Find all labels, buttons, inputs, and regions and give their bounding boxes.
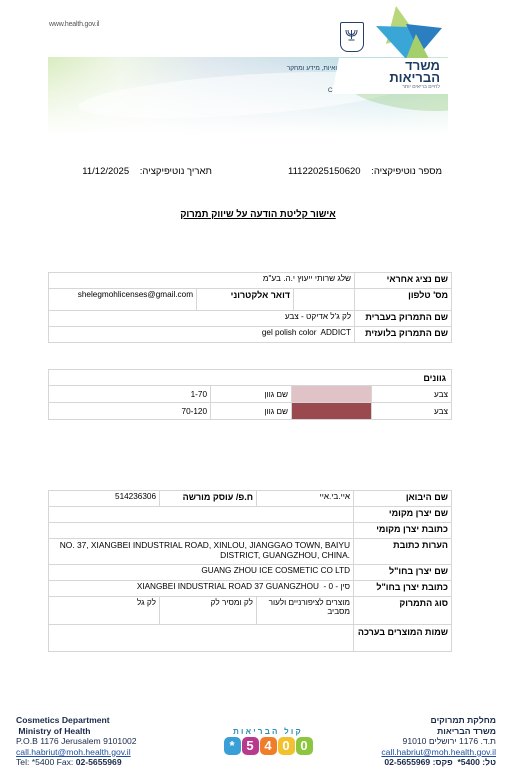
local-mfr-label: שם יצרן מקומי: [354, 507, 452, 523]
local-mfr-addr-value: [49, 523, 354, 539]
address-notes-label: הערות כתובת: [354, 539, 452, 565]
foreign-mfr-addr-value: סין - 0 - XIANGBEI INDUSTRIAL ROAD 37 GU…: [49, 581, 354, 597]
rep-label: שם נציג אחראי: [355, 273, 452, 289]
shade-name-label: שם גוון: [211, 386, 292, 403]
table-row: סוג התמרוק מוצרים לציפורניים ולעור מסביב…: [49, 597, 452, 625]
table-row: כתובת יצרן מקומי: [49, 523, 452, 539]
hotline-digit: 4: [260, 737, 277, 755]
name-he-value: לק ג'ל אדיקט - צבע: [49, 311, 355, 327]
shade-swatch: [292, 403, 372, 420]
shade-type: צבע: [372, 386, 452, 403]
shade-type: צבע: [372, 403, 452, 420]
table-row: שם התמרוק בעברית לק ג'ל אדיקט - צבע: [49, 311, 452, 327]
license-label: ח.פ/ עוסק מורשה: [160, 491, 257, 507]
table-row: שם יצרן מקומי: [49, 507, 452, 523]
state-emblem-icon: [340, 22, 364, 52]
document-title: אישור קליטת הודעה על שיווק תמרוק: [0, 209, 516, 220]
importer-details-table: שם היבואן איי.בי.איי ח.פ/ עוסק מורשה 514…: [48, 490, 452, 652]
phone-value: [294, 289, 355, 311]
shades-table: גוונים צבע שם גוון 1-70 צבע שם גוון 70-1…: [48, 369, 452, 420]
table-row: שמות המוצרים בערכה: [49, 625, 452, 652]
name-foreign-value: gel polish color ADDICT: [49, 327, 355, 343]
address-notes-value: NO. 37, XIANGBEI INDUSTRIAL ROAD, XINLOU…: [49, 539, 354, 565]
notification-date-label: תאריך נוטיפיקציה:: [140, 166, 212, 177]
table-row: הערות כתובת NO. 37, XIANGBEI INDUSTRIAL …: [49, 539, 452, 565]
notification-date: תאריך נוטיפיקציה: 11/12/2025: [82, 166, 212, 177]
shade-name-value: 70-120: [49, 403, 211, 420]
shade-name-label: שם גוון: [211, 403, 292, 420]
ministry-logo-text: משרד הבריאות לחיים בריאים יותר: [389, 60, 440, 91]
local-mfr-addr-label: כתובת יצרן מקומי: [354, 523, 452, 539]
notification-number-value: 11122025150620: [288, 166, 361, 177]
rep-value: שלג שרותי ייעוץ י.ה. בע"מ: [49, 273, 355, 289]
notification-date-value: 11/12/2025: [82, 166, 129, 177]
hotline-digit: 0: [278, 737, 295, 755]
type-value: מוצרים לציפורניים ולעור מסביב: [257, 597, 354, 625]
table-row: שם התמרוק בלועזית gel polish color ADDIC…: [49, 327, 452, 343]
table-row: שם יצרן בחו"ל GUANG ZHOU ICE COSMETIC CO…: [49, 565, 452, 581]
footer-email-link-he[interactable]: call.habriut@moh.health.gov.il: [381, 747, 496, 757]
hotline-digit: 0: [296, 737, 313, 755]
foreign-mfr-value: GUANG ZHOU ICE COSMETIC CO LTD: [49, 565, 354, 581]
site-url[interactable]: www.health.gov.il: [49, 21, 99, 28]
footer-contact-en: Cosmetics Department Ministry of Health …: [16, 715, 137, 768]
table-row: גוונים: [49, 370, 452, 386]
shade-name-value: 1-70: [49, 386, 211, 403]
table-row: שם נציג אחראי שלג שרותי ייעוץ י.ה. בע"מ: [49, 273, 452, 289]
type-value: לק גל: [49, 597, 160, 625]
type-value: לק ומסיר לק: [160, 597, 257, 625]
importer-value: איי.בי.איי: [257, 491, 354, 507]
menorah-icon: [345, 28, 358, 42]
table-row: צבע שם גוון 70-120: [49, 403, 452, 420]
email-label: דואר אלקטרוני: [197, 289, 294, 311]
table-row: כתובת יצרן בחו"ל סין - 0 - XIANGBEI INDU…: [49, 581, 452, 597]
hotline-caption: קול הבריאות: [218, 727, 318, 736]
importer-label: שם היבואן: [354, 491, 452, 507]
foreign-mfr-addr-label: כתובת יצרן בחו"ל: [354, 581, 452, 597]
product-details-table: שם נציג אחראי שלג שרותי ייעוץ י.ה. בע"מ …: [48, 272, 452, 343]
shades-header: גוונים: [49, 370, 452, 386]
table-row: שם היבואן איי.בי.איי ח.פ/ עוסק מורשה 514…: [49, 491, 452, 507]
kit-value: [49, 625, 354, 652]
footer-contact-he: מחלקת תמרוקים משרד הבריאות ת.ד. 1176 ירו…: [381, 715, 496, 768]
hotline-digit: *: [224, 737, 241, 755]
kit-label: שמות המוצרים בערכה: [354, 625, 452, 652]
shade-color-swatch: [292, 386, 371, 402]
notification-number-label: מספר נוטיפיקציה:: [371, 166, 442, 177]
shade-swatch: [292, 386, 372, 403]
table-row: צבע שם גוון 1-70: [49, 386, 452, 403]
type-label: סוג התמרוק: [354, 597, 452, 625]
table-row: מס' טלפון דואר אלקטרוני shelegmohlicense…: [49, 289, 452, 311]
foreign-mfr-label: שם יצרן בחו"ל: [354, 565, 452, 581]
hotline-logo: קול הבריאות *5400: [218, 727, 318, 755]
notification-number: מספר נוטיפיקציה: 11122025150620: [288, 166, 442, 177]
license-value: 514236306: [49, 491, 160, 507]
name-he-label: שם התמרוק בעברית: [355, 311, 452, 327]
email-value: shelegmohlicenses@gmail.com: [49, 289, 197, 311]
local-mfr-value: [49, 507, 354, 523]
footer-email-link-en[interactable]: call.habriut@moh.health.gov.il: [16, 747, 131, 757]
hotline-number: *5400: [218, 737, 318, 755]
hotline-digit: 5: [242, 737, 259, 755]
shade-color-swatch: [292, 403, 371, 419]
phone-label: מס' טלפון: [355, 289, 452, 311]
name-foreign-label: שם התמרוק בלועזית: [355, 327, 452, 343]
